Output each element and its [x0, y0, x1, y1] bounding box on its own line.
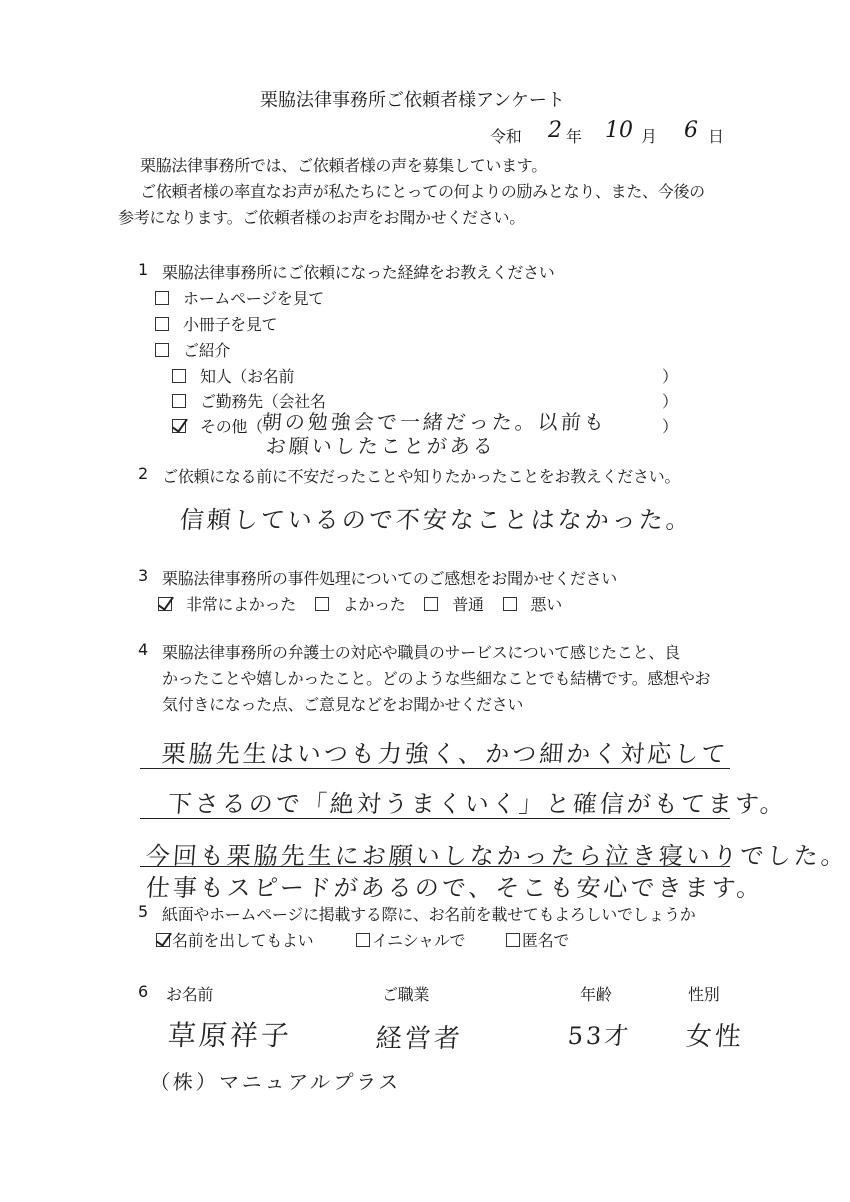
q4-answer-line-2[interactable]: 下さるので「絶対うまくいく」と確信がもてます。	[167, 784, 789, 819]
q3-number: 3	[138, 566, 148, 585]
intro-line-2: ご依頼者様の率直なお声が私たちにとっての何よりの励みとなり、また、今後の	[140, 179, 705, 202]
q3-option-average[interactable]: 普通	[424, 595, 483, 614]
checkbox-icon[interactable]	[506, 933, 520, 947]
q2-question: ご依頼になる前に不安だったことや知りたかったことをお教えください。	[162, 464, 680, 487]
q1-sub-workplace-close: ）	[662, 389, 678, 412]
checkbox-icon[interactable]	[155, 291, 169, 305]
answer-underline	[140, 866, 730, 867]
q1-option-referral[interactable]: ご紹介	[155, 338, 230, 361]
q5-option-initials[interactable]: イニシャルで	[356, 928, 465, 951]
q3-option-good[interactable]: よかった	[315, 595, 406, 614]
q1-sub-other[interactable]: その他（	[172, 414, 263, 437]
checkbox-icon[interactable]	[172, 369, 186, 383]
q2-number: 2	[138, 464, 148, 483]
q3-question: 栗脇法律事務所の事件処理についてのご感想をお聞かせください	[162, 566, 617, 589]
q4-question-line-1: 栗脇法律事務所の弁護士の対応や職員のサービスについて感じたこと、良	[162, 640, 680, 663]
date-year-value[interactable]: 2	[548, 118, 562, 143]
checkbox-icon[interactable]	[155, 343, 169, 357]
answer-underline	[140, 768, 730, 769]
q1-question: 栗脇法律事務所にご依頼になった経緯をお教えください	[162, 260, 555, 283]
q3-options: 非常によかった よかった 普通 悪い	[158, 592, 562, 615]
intro-line-3: 参考になります。ご依頼者様のお声をお聞かせください。	[118, 205, 525, 228]
q5-number: 5	[138, 902, 148, 921]
q4-question-line-2: かったことや嬉しかったこと。どのような些細なことでも結構です。感想やお	[162, 666, 710, 689]
date-day-value[interactable]: 6	[684, 118, 698, 143]
q1-other-answer-line2[interactable]: お願いしたことがある	[265, 430, 497, 459]
q6-header-occupation: ご職業	[382, 982, 429, 1005]
q6-gender-value[interactable]: 女性	[685, 1016, 746, 1053]
q4-answer-line-4[interactable]: 仕事もスピードがあるので、そこも安心できます。	[145, 868, 765, 903]
q6-header-name: お名前	[166, 982, 213, 1005]
checkbox-icon[interactable]	[315, 597, 329, 611]
q5-question: 紙面やホームページに掲載する際に、お名前を載せてもよろしいでしょうか	[162, 902, 695, 925]
q6-name-value[interactable]: 草原祥子	[167, 1014, 294, 1054]
date-month-label: 月	[641, 124, 657, 147]
date-era: 令和	[490, 124, 521, 147]
q1-option-booklet[interactable]: 小冊子を見て	[155, 312, 277, 335]
q5-option-anonymous[interactable]: 匿名で	[506, 928, 569, 951]
intro-line-1: 栗脇法律事務所では、ご依頼者様の声を募集しています。	[140, 153, 547, 176]
q6-age-value[interactable]: 53才	[567, 1016, 633, 1051]
q6-number: 6	[138, 982, 148, 1001]
q1-sub-acquaintance-close: ）	[662, 364, 678, 387]
q6-header-gender: 性別	[688, 982, 719, 1005]
date-year-label: 年	[566, 124, 582, 147]
q1-sub-acquaintance[interactable]: 知人（お名前	[172, 364, 294, 387]
q4-answer-line-1[interactable]: 栗脇先生はいつも力強く、かつ細かく対応して	[161, 734, 730, 769]
q6-header-age: 年齢	[580, 982, 611, 1005]
q6-occupation-value[interactable]: 経営者	[375, 1018, 465, 1055]
date-day-label: 日	[708, 124, 724, 147]
checkbox-icon[interactable]	[503, 597, 517, 611]
q3-option-bad[interactable]: 悪い	[503, 595, 562, 614]
q1-sub-other-close: ）	[662, 414, 678, 437]
q4-number: 4	[138, 640, 148, 659]
q4-question-line-3: 気付きになった点、ご意見などをお聞かせください	[162, 692, 523, 715]
checkbox-checked-icon[interactable]	[156, 933, 170, 947]
checkbox-checked-icon[interactable]	[172, 419, 186, 433]
checkbox-checked-icon[interactable]	[158, 597, 172, 611]
checkbox-icon[interactable]	[424, 597, 438, 611]
date-month-value[interactable]: 10	[605, 118, 633, 143]
checkbox-icon[interactable]	[356, 933, 370, 947]
q2-answer[interactable]: 信頼しているので不安なことはなかった。	[179, 500, 694, 535]
form-title: 栗脇法律事務所ご依頼者様アンケート	[260, 86, 565, 112]
answer-underline	[140, 818, 730, 819]
q5-option-full-name[interactable]: 名前を出してもよい	[156, 928, 313, 951]
q1-number: 1	[138, 260, 148, 279]
checkbox-icon[interactable]	[172, 394, 186, 408]
q3-option-very-good[interactable]: 非常によかった	[158, 595, 296, 614]
checkbox-icon[interactable]	[155, 317, 169, 331]
q6-company-value[interactable]: （株）マニュアルプラス	[149, 1066, 403, 1095]
q1-option-homepage[interactable]: ホームページを見て	[155, 286, 324, 309]
